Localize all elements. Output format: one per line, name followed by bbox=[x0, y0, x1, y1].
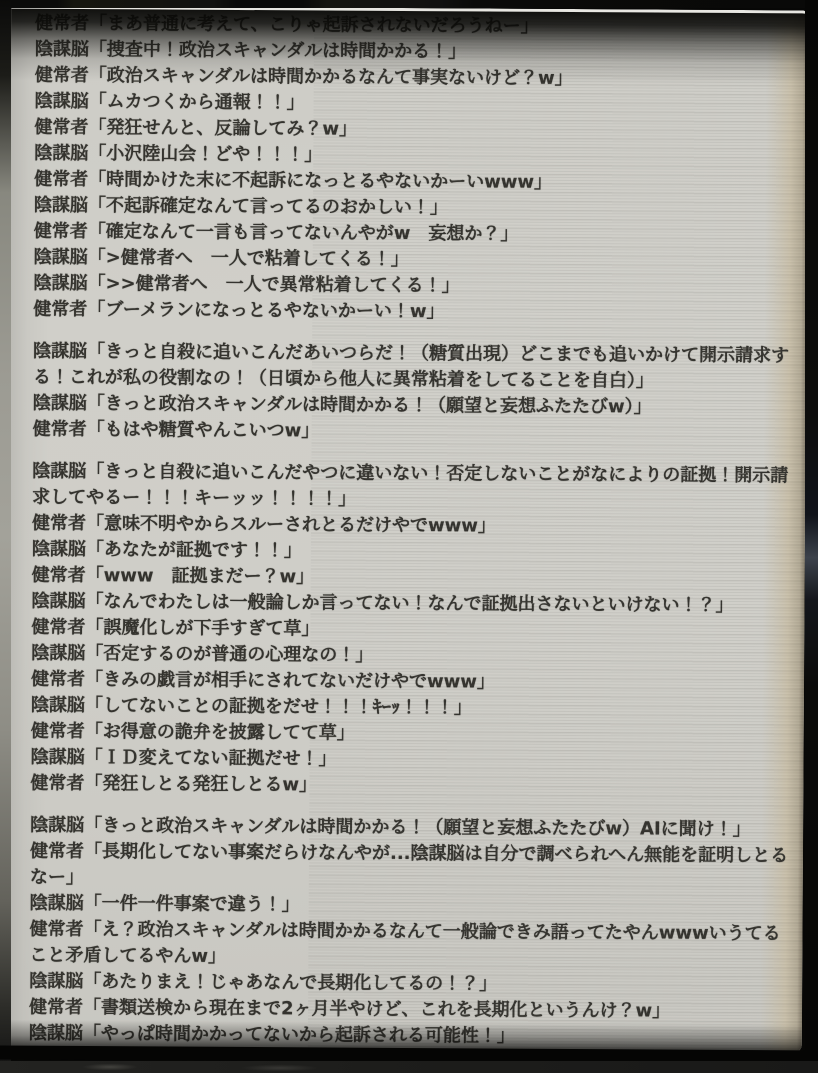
left-bezel bbox=[0, 0, 11, 1073]
dialogue-text: 健常者「まあ普通に考えて、こりゃ起訴されないだろうねー」陰謀脳「捜査中！政治スキ… bbox=[5, 9, 808, 1053]
paragraph: 健常者「まあ普通に考えて、こりゃ起訴されないだろうねー」陰謀脳「捜査中！政治スキ… bbox=[33, 11, 782, 328]
bottom-edge-strip bbox=[0, 1061, 818, 1073]
right-bezel bbox=[805, 0, 818, 1073]
photo-frame: 健常者「まあ普通に考えて、こりゃ起訴されないだろうねー」陰謀脳「捜査中！政治スキ… bbox=[0, 0, 818, 1073]
paragraph: 陰謀脳「きっと自殺に追いこんだやつに違いない！否定しないことがなによりの証拠！開… bbox=[30, 459, 779, 802]
screen-page: 健常者「まあ普通に考えて、こりゃ起訴されないだろうねー」陰謀脳「捜査中！政治スキ… bbox=[5, 6, 808, 1053]
paragraph: 陰謀脳「きっと政治スキャンダルは時間かかる！（願望と妄想ふたたびw）AIに聞け！… bbox=[29, 813, 778, 1053]
top-bezel bbox=[0, 0, 818, 8]
paragraph: 陰謀脳「きっと自殺に追いこんだあいつらだ！（糖質出現）どこまでも追いかけて開示請… bbox=[33, 339, 781, 448]
dialogue-line: 健常者「発狂しとる発狂しとるw」 bbox=[30, 771, 777, 802]
dialogue-line: 健常者「長期化してない事案だらけなんやが...陰謀脳は自分で調べられへん無能を証… bbox=[30, 839, 777, 870]
dialogue-line: 健常者「ブーメランになっとるやないかーい！w」 bbox=[33, 297, 780, 328]
dialogue-line: 健常者「もはや糖質やんこいつw」 bbox=[33, 417, 780, 448]
